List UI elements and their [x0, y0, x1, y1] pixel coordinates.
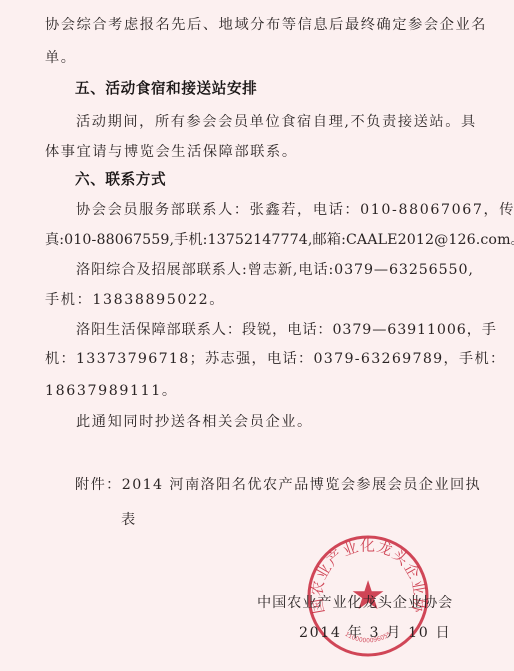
signature-date: 2014 年 3 月 10 日 [299, 624, 451, 642]
section-heading-5: 五、活动食宿和接送站安排 [75, 80, 257, 98]
contact-line: 真:010-88067559,手机:13752147774,邮箱:CAALE20… [45, 231, 514, 249]
paragraph-line: 单。 [45, 49, 77, 67]
attachment-line: 附件：2014 河南洛阳名优农产品博览会参展会员企业回执 [75, 476, 481, 494]
contact-line: 机：13373796718；苏志强，电话：0379-63269789，手机： [45, 350, 505, 368]
document-page: 协会综合考虑报名先后、地域分布等信息后最终确定参会企业名 单。 五、活动食宿和接… [0, 0, 514, 671]
contact-line: 手机：13838895022。 [45, 291, 225, 309]
paragraph-line: 活动期间，所有参会会员单位食宿自理,不负责接送站。具 [76, 113, 477, 131]
contact-line: 协会会员服务部联系人：张鑫若，电话：010-88067067，传 [76, 201, 514, 219]
section-heading-6: 六、联系方式 [75, 171, 166, 189]
signature-organization: 中国农业产业化龙头企业协会 [257, 594, 453, 612]
cc-notice: 此通知同时抄送各相关会员企业。 [76, 413, 313, 431]
contact-line: 洛阳生活保障部联系人：段锐，电话：0379—63911006，手 [76, 321, 497, 339]
attachment-line: 表 [121, 511, 137, 529]
paragraph-line: 协会综合考虑报名先后、地域分布等信息后最终确定参会企业名 [45, 16, 487, 34]
contact-line: 18637989111。 [45, 382, 178, 400]
paragraph-line: 体事宜请与博览会生活保障部联系。 [45, 143, 298, 161]
contact-line: 洛阳综合及招展部联系人:曾志新,电话:0379—63256550, [76, 261, 474, 279]
